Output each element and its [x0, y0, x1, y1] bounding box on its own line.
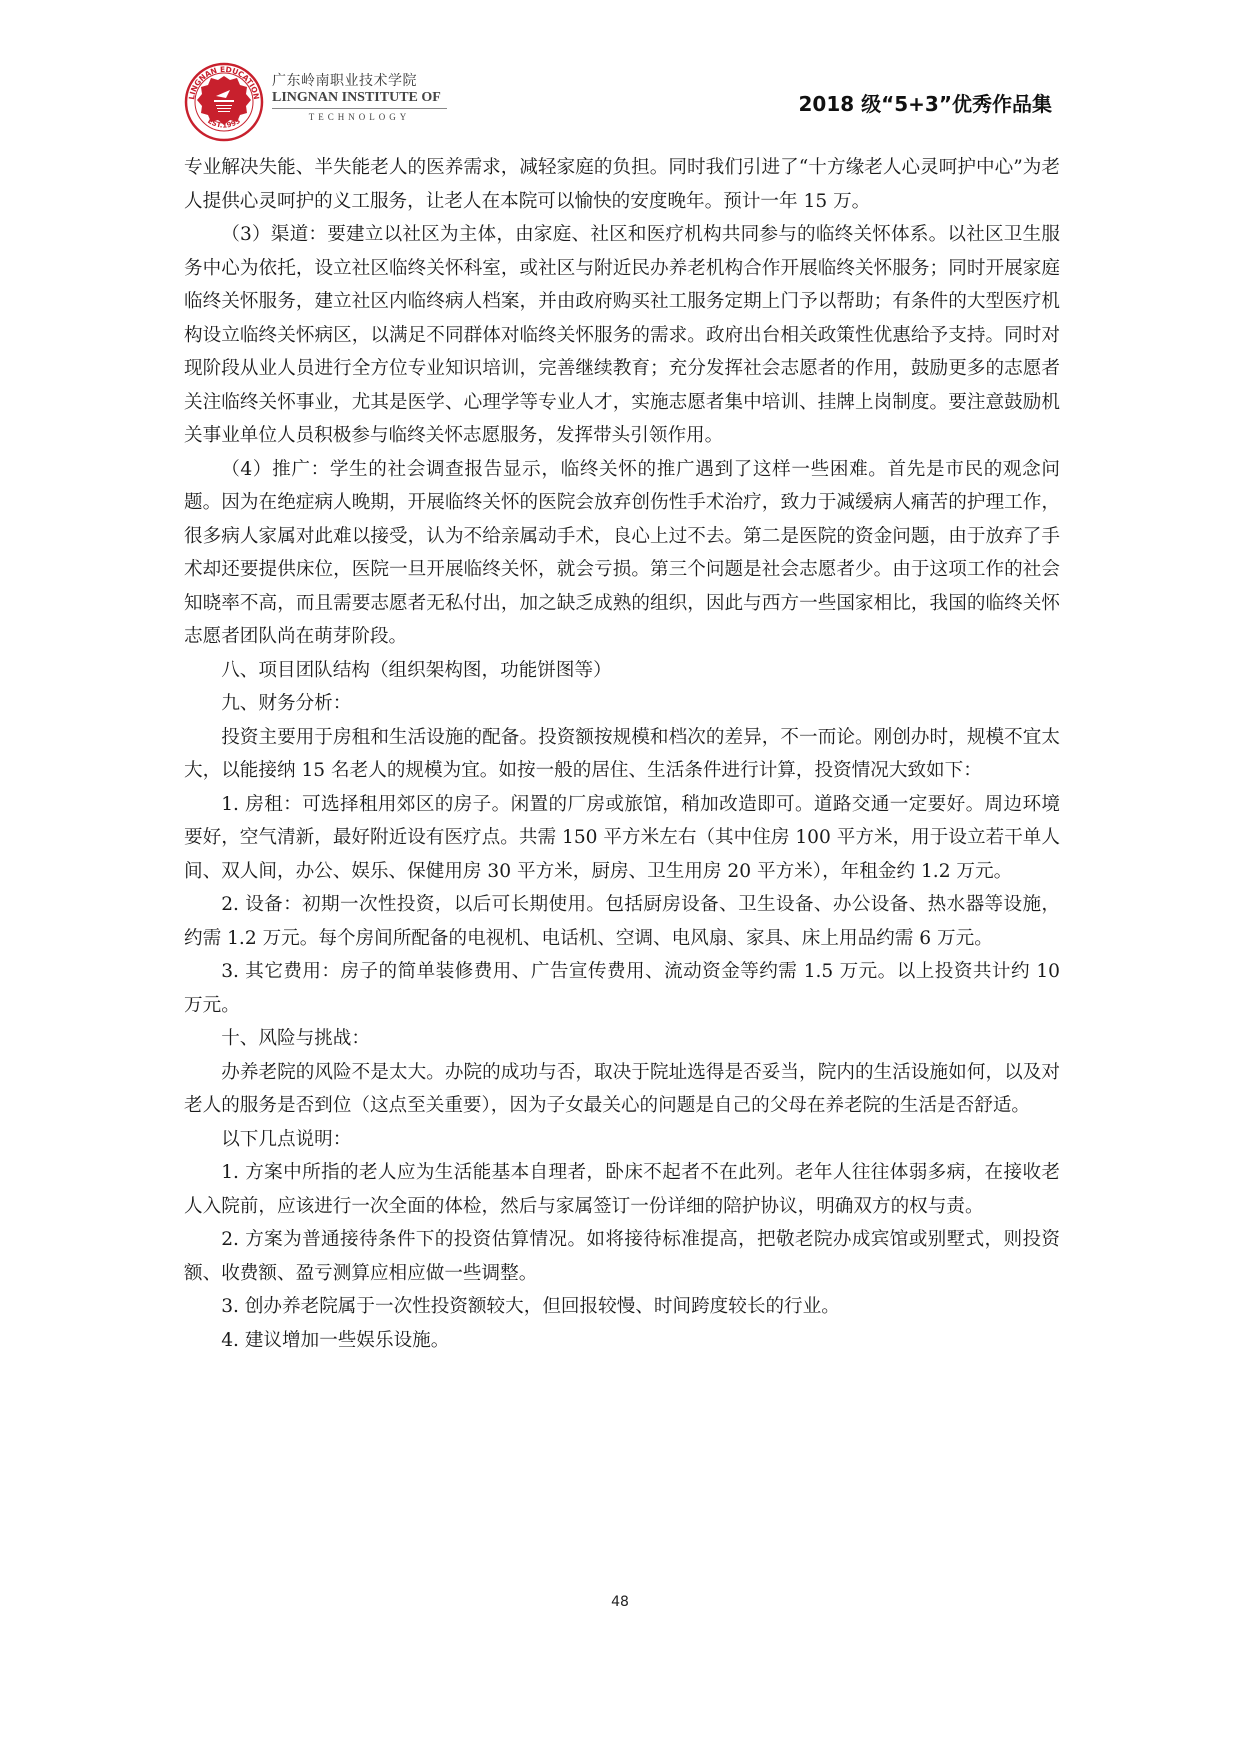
collection-title: 2018 级“5+3”优秀作品集: [798, 88, 1052, 117]
institution-name-cn: 广东岭南职业技术学院: [272, 72, 447, 90]
institution-name-en-sub: TECHNOLOGY: [272, 112, 447, 122]
list-item-rent: 1. 房租：可选择租用郊区的房子。闲置的厂房或旅馆，稍加改造即可。道路交通一定要…: [184, 788, 1060, 889]
note-item: 1. 方案中所指的老人应为生活能基本自理者，卧床不起者不在此列。老年人往往体弱多…: [184, 1156, 1060, 1223]
note-item: 4. 建议增加一些娱乐设施。: [184, 1324, 1060, 1358]
section-heading-risks: 十、风险与挑战：: [184, 1022, 1060, 1056]
institution-name: 广东岭南职业技术学院 LINGNAN INSTITUTE OF TECHNOLO…: [272, 72, 447, 122]
list-item-other-costs: 3. 其它费用：房子的简单装修费用、广告宣传费用、流动资金等约需 1.5 万元。…: [184, 955, 1060, 1022]
paragraph: 投资主要用于房租和生活设施的配备。投资额按规模和档次的差异，不一而论。刚创办时，…: [184, 721, 1060, 788]
paragraph: 专业解决失能、半失能老人的医养需求，减轻家庭的负担。同时我们引进了“十方缘老人心…: [184, 151, 1060, 218]
list-item-equipment: 2. 设备：初期一次性投资，以后可长期使用。包括厨房设备、卫生设备、办公设备、热…: [184, 888, 1060, 955]
logo-divider: [272, 108, 447, 109]
section-heading-team-structure: 八、项目团队结构（组织架构图，功能饼图等）: [184, 654, 1060, 688]
institution-seal-icon: LINGNAN EDUCATION EST.1993: [184, 62, 264, 142]
note-item: 2. 方案为普通接待条件下的投资估算情况。如将接待标准提高，把敬老院办成宾馆或别…: [184, 1223, 1060, 1290]
page-number: 48: [0, 1594, 1240, 1610]
note-item: 3. 创办养老院属于一次性投资额较大，但回报较慢、时间跨度较长的行业。: [184, 1290, 1060, 1324]
paragraph: 办养老院的风险不是太大。办院的成功与否，取决于院址选得是否妥当，院内的生活设施如…: [184, 1056, 1060, 1123]
institution-name-en: LINGNAN INSTITUTE OF: [272, 90, 447, 106]
document-body: 专业解决失能、半失能老人的医养需求，减轻家庭的负担。同时我们引进了“十方缘老人心…: [184, 151, 1060, 1357]
page-header: LINGNAN EDUCATION EST.1993 广东岭南职业技术学院 LI…: [0, 0, 1240, 150]
notes-heading: 以下几点说明：: [184, 1123, 1060, 1157]
paragraph-promotion: （4）推广：学生的社会调查报告显示，临终关怀的推广遇到了这样一些困难。首先是市民…: [184, 453, 1060, 654]
paragraph-channels: （3）渠道：要建立以社区为主体，由家庭、社区和医疗机构共同参与的临终关怀体系。以…: [184, 218, 1060, 453]
section-heading-financial-analysis: 九、财务分析：: [184, 687, 1060, 721]
